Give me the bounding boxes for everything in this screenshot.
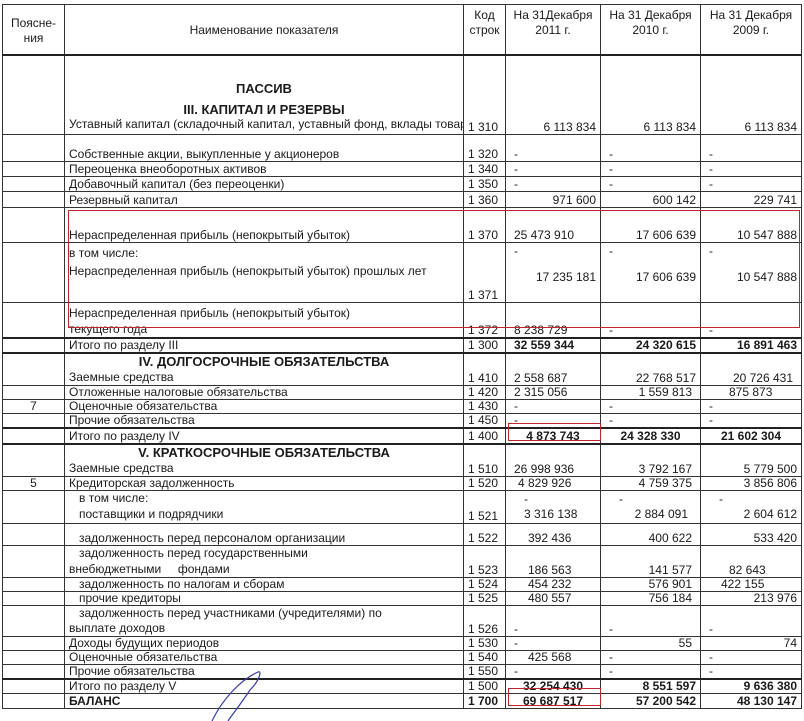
value-2009: 20 726 431 [701, 353, 802, 386]
name-cell: Прочие обязательства [65, 413, 464, 428]
name-cell: задолженность перед участниками (учредит… [65, 605, 464, 636]
value-2011: 2 315 056 [506, 385, 601, 399]
row-name-line1: задолженность перед участниками (учредит… [69, 606, 459, 621]
value-2010: - [601, 605, 701, 636]
code-cell: 1 360 [464, 192, 506, 208]
value-2010: 6 113 834 [601, 55, 701, 135]
value-2011: - [506, 413, 601, 428]
value-2011: 425 568 [506, 650, 601, 664]
value-2009: - [701, 605, 802, 636]
table-row: 7 Оценочные обязательства 1 430 - - - [3, 399, 802, 413]
table-row: Итого по разделу III 1 300 32 559 344 24… [3, 338, 802, 353]
table-row: Нераспределенная прибыль (непокрытый убы… [3, 303, 802, 338]
value-2009: 10 547 888 [701, 208, 802, 243]
table-row: БАЛАНС 1 700 69 687 517 57 200 542 48 13… [3, 694, 802, 709]
name-cell: Итого по разделу IV [65, 428, 464, 444]
dash: - [510, 493, 596, 506]
code-cell: 1 550 [464, 664, 506, 679]
table-row: задолженность перед участниками (учредит… [3, 605, 802, 636]
row-name: Нераспределенная прибыль (непокрытый убы… [69, 261, 389, 279]
header-row: Поясне-ния Наименование показателя Код с… [3, 5, 802, 55]
note-cell [3, 385, 65, 399]
code-cell: 1 700 [464, 694, 506, 709]
value-2011: 4 873 743 [506, 428, 601, 444]
value-2009: 48 130 147 [701, 694, 802, 709]
code-cell: 1 450 [464, 413, 506, 428]
header-notes: Поясне-ния [3, 5, 65, 55]
dash: - [705, 493, 797, 506]
table-row: Прочие обязательства 1 450 - - - [3, 413, 802, 428]
value-2010: 576 901 [601, 577, 701, 591]
code-cell: 1 500 [464, 679, 506, 694]
table-row: Нераспределенная прибыль (непокрытый убы… [3, 208, 802, 243]
name-cell: задолженность по налогам и сборам [65, 577, 464, 591]
code-cell: 1 300 [464, 338, 506, 353]
name-cell: Оценочные обязательства [65, 399, 464, 413]
note-cell [3, 177, 65, 192]
value-2011: 32 559 344 [506, 338, 601, 353]
value-2010: 1 559 813 [601, 385, 701, 399]
name-cell: задолженность перед персоналом организац… [65, 523, 464, 545]
value-2011: 971 600 [506, 192, 601, 208]
note-cell [3, 243, 65, 303]
table-row: ПАССИВ III. КАПИТАЛ И РЕЗЕРВЫ Уставный к… [3, 55, 802, 135]
value-2010: - [601, 135, 701, 162]
note-cell [3, 523, 65, 545]
value-2011: 25 473 910 [506, 208, 601, 243]
value-2010: 4 759 375 [601, 476, 701, 490]
value-2009: - [701, 650, 802, 664]
dash: - [605, 245, 696, 258]
table-row: IV. ДОЛГОСРОЧНЫЕ ОБЯЗАТЕЛЬСТВА Заемные с… [3, 353, 802, 386]
note-cell [3, 679, 65, 694]
value-2011: 32 254 430 [506, 679, 601, 694]
dash: - [605, 493, 696, 506]
note-cell [3, 664, 65, 679]
value: 3 316 138 [510, 506, 596, 523]
name-cell: Собственные акции, выкупленные у акционе… [65, 135, 464, 162]
name-cell: в том числе: Нераспределенная прибыль (н… [65, 243, 464, 303]
table-row: V. КРАТКОСРОЧНЫЕ ОБЯЗАТЕЛЬСТВА Заемные с… [3, 444, 802, 477]
row-name-line1: задолженность перед государственными [69, 546, 459, 561]
note-cell [3, 636, 65, 650]
name-cell: Переоценка внеоборотных активов [65, 162, 464, 177]
value: 17 606 639 [605, 258, 696, 284]
code-cell: 1 525 [464, 591, 506, 605]
value-2009: 5 779 500 [701, 444, 802, 477]
name-cell: ПАССИВ III. КАПИТАЛ И РЕЗЕРВЫ Уставный к… [65, 55, 464, 135]
table-row: Переоценка внеоборотных активов 1 340 - … [3, 162, 802, 177]
code-cell: 1 510 [464, 444, 506, 477]
note-cell [3, 591, 65, 605]
value-2011: 454 232 [506, 577, 601, 591]
dash: - [510, 245, 596, 258]
code-cell: 1 540 [464, 650, 506, 664]
table-row: в том числе: Нераспределенная прибыль (н… [3, 243, 802, 303]
value-2009: 82 643 [701, 545, 802, 577]
value-2009: 21 602 304 [701, 428, 802, 444]
value: 2 604 612 [705, 506, 797, 523]
name-cell: БАЛАНС [65, 694, 464, 709]
value-2010: 17 606 639 [601, 208, 701, 243]
note-cell [3, 444, 65, 477]
value-2010: 600 142 [601, 192, 701, 208]
table-row: задолженность по налогам и сборам 1 524 … [3, 577, 802, 591]
note-cell [3, 303, 65, 338]
value-2011: - [506, 399, 601, 413]
code-cell: 1 310 [464, 55, 506, 135]
value-2010: 3 792 167 [601, 444, 701, 477]
value-2009: 229 741 [701, 192, 802, 208]
code-cell: 1 350 [464, 177, 506, 192]
note-cell [3, 162, 65, 177]
row-name: поставщики и подрядчики [79, 506, 459, 523]
section4-title: IV. ДОЛГОСРОЧНЫЕ ОБЯЗАТЕЛЬСТВА [69, 354, 459, 370]
value-2010: 24 328 330 [601, 428, 701, 444]
row-name-line2: выплате доходов [69, 621, 459, 636]
value-2009: 16 891 463 [701, 338, 802, 353]
note-cell [3, 694, 65, 709]
table-row: 5 Кредиторская задолженность 1 520 4 829… [3, 476, 802, 490]
value-2011: 480 557 [506, 591, 601, 605]
value-2011: 6 113 834 [506, 55, 601, 135]
value-2011: 392 436 [506, 523, 601, 545]
code-cell: 1 523 [464, 545, 506, 577]
note-cell [3, 428, 65, 444]
value-2011: - 3 316 138 [506, 490, 601, 523]
code-cell: 1 522 [464, 523, 506, 545]
note-cell [3, 413, 65, 428]
name-cell: Доходы будущих периодов [65, 636, 464, 650]
value-2010: - [601, 303, 701, 338]
code-cell: 1 320 [464, 135, 506, 162]
note-cell: 5 [3, 476, 65, 490]
table-row: Итого по разделу V 1 500 32 254 430 8 55… [3, 679, 802, 694]
value-2010: 400 622 [601, 523, 701, 545]
balance-sheet-table: Поясне-ния Наименование показателя Код с… [2, 4, 802, 709]
table-row: Доходы будущих периодов 1 530 - 55 74 [3, 636, 802, 650]
row-name-line2: внебюджетными фондами [69, 561, 459, 577]
name-cell: Прочие обязательства [65, 664, 464, 679]
value-2009: - 10 547 888 [701, 243, 802, 303]
code-cell: 1 521 [464, 490, 506, 523]
name-cell: Кредиторская задолженность [65, 476, 464, 490]
code-cell: 1 410 [464, 353, 506, 386]
table-row: Итого по разделу IV 1 400 4 873 743 24 3… [3, 428, 802, 444]
code-cell: 1 371 [464, 243, 506, 303]
header-code: Код строк [464, 5, 506, 55]
value-2009: 3 856 806 [701, 476, 802, 490]
name-cell: Оценочные обязательства [65, 650, 464, 664]
value-2010: 55 [601, 636, 701, 650]
value-2011: - 17 235 181 [506, 243, 601, 303]
value-2010: - [601, 177, 701, 192]
value-2011: 2 558 687 [506, 353, 601, 386]
value-2009: - [701, 162, 802, 177]
section5-title: V. КРАТКОСРОЧНЫЕ ОБЯЗАТЕЛЬСТВА [69, 445, 459, 461]
value-2011: - [506, 664, 601, 679]
value-2009: - 2 604 612 [701, 490, 802, 523]
value-2011: - [506, 162, 601, 177]
note-cell: 7 [3, 399, 65, 413]
table-row: прочие кредиторы 1 525 480 557 756 184 2… [3, 591, 802, 605]
value-2011: 8 238 729 [506, 303, 601, 338]
note-cell [3, 545, 65, 577]
value-2010: - [601, 650, 701, 664]
code-cell: 1 400 [464, 428, 506, 444]
name-cell: в том числе: поставщики и подрядчики [65, 490, 464, 523]
header-2011: На 31Декабря 2011 г. [506, 5, 601, 55]
value-2009: 422 155 [701, 577, 802, 591]
value-2011: - [506, 605, 601, 636]
value-2010: 141 577 [601, 545, 701, 577]
header-2009: На 31 Декабря 2009 г. [701, 5, 802, 55]
table-row: в том числе: поставщики и подрядчики 1 5… [3, 490, 802, 523]
dash: - [705, 245, 797, 258]
name-cell: Итого по разделу V [65, 679, 464, 694]
row-name: Заемные средства [69, 461, 459, 476]
value-2009: - [701, 135, 802, 162]
value-2009: 213 976 [701, 591, 802, 605]
note-cell [3, 338, 65, 353]
value-2009: - [701, 413, 802, 428]
header-name: Наименование показателя [65, 5, 464, 55]
name-cell: Нераспределенная прибыль (непокрытый убы… [65, 303, 464, 338]
table-row: Резервный капитал 1 360 971 600 600 142 … [3, 192, 802, 208]
value-2011: - [506, 135, 601, 162]
name-cell: Резервный капитал [65, 192, 464, 208]
value-2010: 57 200 542 [601, 694, 701, 709]
value-2010: 22 768 517 [601, 353, 701, 386]
value-2010: - [601, 413, 701, 428]
value: 2 884 091 [605, 506, 696, 523]
table-row: Добавочный капитал (без переоценки) 1 35… [3, 177, 802, 192]
note-cell [3, 353, 65, 386]
value-2010: - 2 884 091 [601, 490, 701, 523]
name-cell: Нераспределенная прибыль (непокрытый убы… [65, 208, 464, 243]
value-2009: - [701, 177, 802, 192]
value-2011: 4 829 926 [506, 476, 601, 490]
note-cell [3, 55, 65, 135]
value-2010: - [601, 399, 701, 413]
value: 17 235 181 [510, 258, 596, 284]
code-cell: 1 420 [464, 385, 506, 399]
passiv-title: ПАССИВ [69, 82, 459, 95]
value-2010: 756 184 [601, 591, 701, 605]
note-cell [3, 192, 65, 208]
value-2009: 875 873 [701, 385, 802, 399]
table-row: задолженность перед персоналом организац… [3, 523, 802, 545]
value-2010: - [601, 162, 701, 177]
table-row: Отложенные налоговые обязательства 1 420… [3, 385, 802, 399]
note-cell [3, 577, 65, 591]
row-prefix: в том числе: [69, 245, 459, 261]
table-row: Прочие обязательства 1 550 - - - [3, 664, 802, 679]
row-name: Уставный капитал (складочный капитал, ус… [69, 116, 449, 132]
table-row: Оценочные обязательства 1 540 425 568 - … [3, 650, 802, 664]
value-2009: - [701, 399, 802, 413]
row-name: Заемные средства [69, 370, 459, 385]
name-cell: задолженность перед государственными вне… [65, 545, 464, 577]
value-2009: 9 636 380 [701, 679, 802, 694]
value-2009: 74 [701, 636, 802, 650]
value-2009: - [701, 664, 802, 679]
code-cell: 1 372 [464, 303, 506, 338]
note-cell [3, 208, 65, 243]
name-cell: Отложенные налоговые обязательства [65, 385, 464, 399]
name-cell: Добавочный капитал (без переоценки) [65, 177, 464, 192]
value-2011: 186 563 [506, 545, 601, 577]
header-2010: На 31 Декабря 2010 г. [601, 5, 701, 55]
code-cell: 1 340 [464, 162, 506, 177]
code-cell: 1 526 [464, 605, 506, 636]
value-2011: 26 998 936 [506, 444, 601, 477]
name-cell: IV. ДОЛГОСРОЧНЫЕ ОБЯЗАТЕЛЬСТВА Заемные с… [65, 353, 464, 386]
name-cell: прочие кредиторы [65, 591, 464, 605]
value-2011: 69 687 517 [506, 694, 601, 709]
value: 10 547 888 [705, 258, 797, 284]
code-cell: 1 524 [464, 577, 506, 591]
note-cell [3, 605, 65, 636]
code-cell: 1 370 [464, 208, 506, 243]
table-row: Собственные акции, выкупленные у акционе… [3, 135, 802, 162]
row-prefix: в том числе: [79, 491, 459, 506]
table-row: задолженность перед государственными вне… [3, 545, 802, 577]
name-cell: V. КРАТКОСРОЧНЫЕ ОБЯЗАТЕЛЬСТВА Заемные с… [65, 444, 464, 477]
value-2011: - [506, 177, 601, 192]
name-cell: Итого по разделу III [65, 338, 464, 353]
value-2011: - [506, 636, 601, 650]
code-cell: 1 430 [464, 399, 506, 413]
note-cell [3, 135, 65, 162]
value-2009: 6 113 834 [701, 55, 802, 135]
code-cell: 1 530 [464, 636, 506, 650]
note-cell [3, 490, 65, 523]
value-2010: - [601, 664, 701, 679]
note-cell [3, 650, 65, 664]
value-2010: 8 551 597 [601, 679, 701, 694]
section3-title: III. КАПИТАЛ И РЕЗЕРВЫ [69, 103, 459, 116]
value-2009: 533 420 [701, 523, 802, 545]
value-2010: 24 320 615 [601, 338, 701, 353]
value-2010: - 17 606 639 [601, 243, 701, 303]
value-2009: - [701, 303, 802, 338]
code-cell: 1 520 [464, 476, 506, 490]
